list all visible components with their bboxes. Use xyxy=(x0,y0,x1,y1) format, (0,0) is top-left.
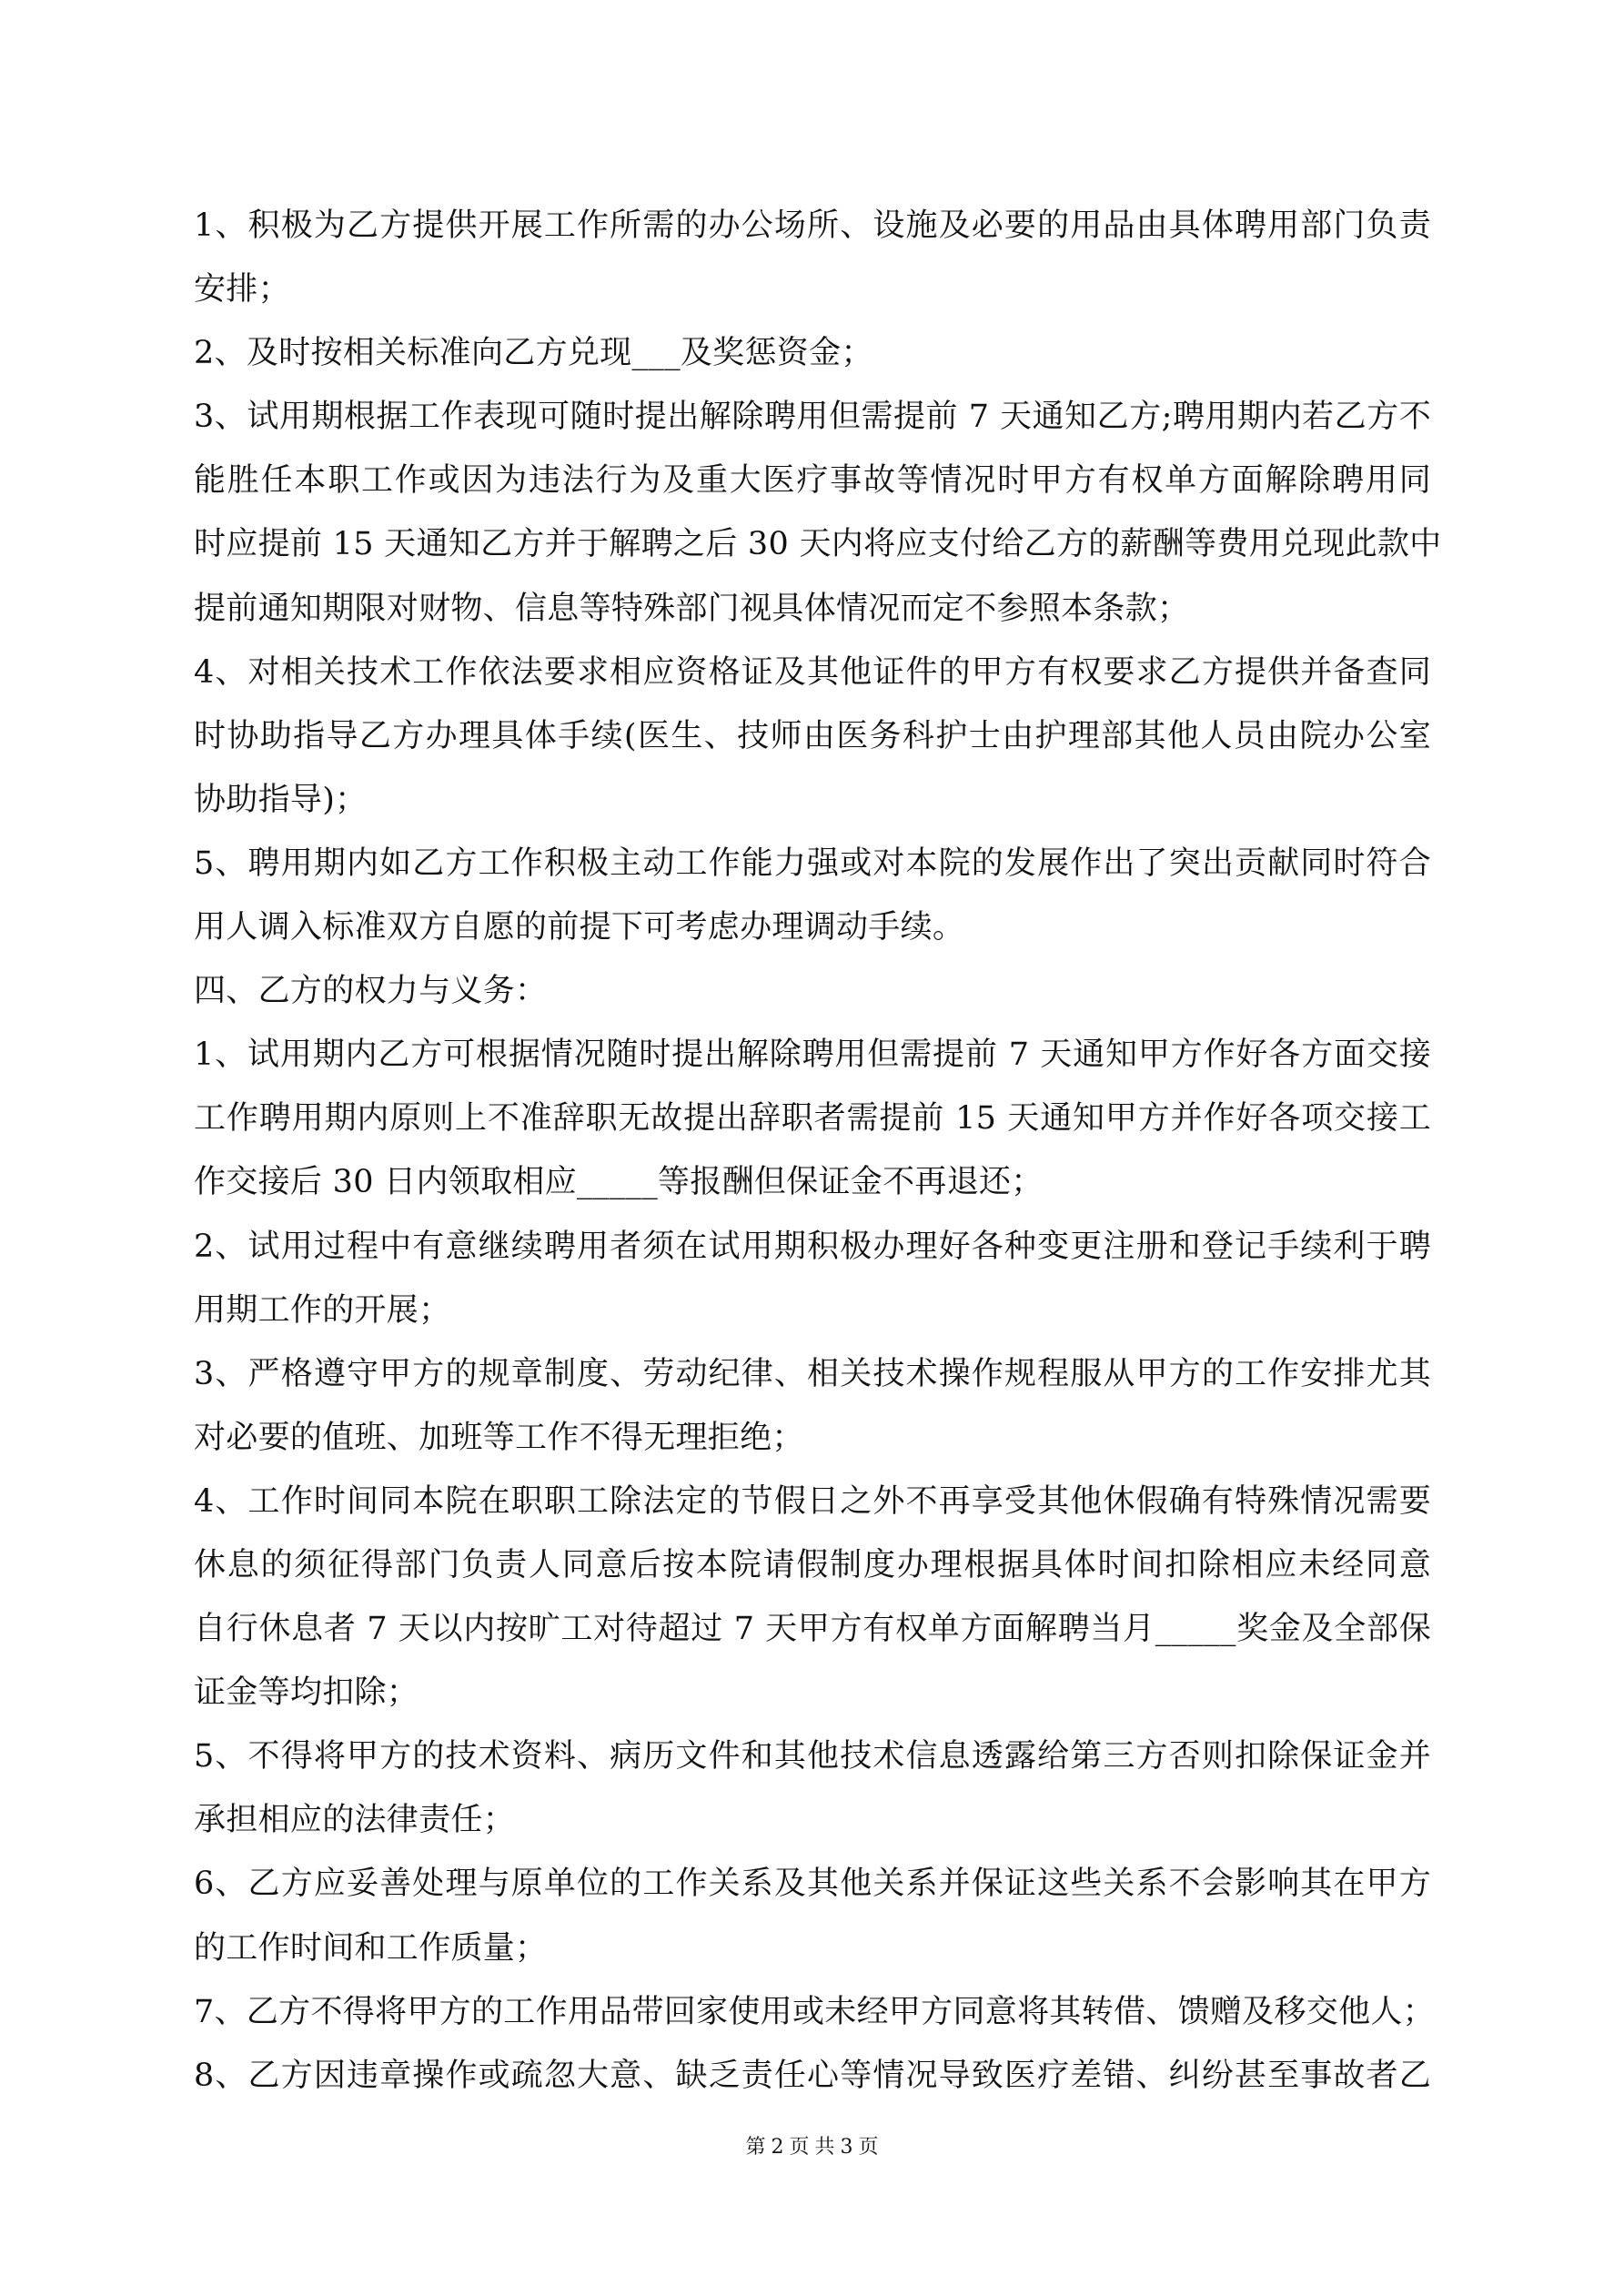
text-line: 7、乙方不得将甲方的工作用品带回家使用或未经甲方同意将其转借、馈赠及移交他人； xyxy=(194,1980,1431,2044)
current-page-number: 2 xyxy=(771,2136,783,2159)
text-line: 证金等均扣除； xyxy=(194,1661,1431,1725)
footer-page-unit: 页 xyxy=(789,2136,809,2159)
text-line: 2、及时按相关标准向乙方兑现___及奖惩资金； xyxy=(194,321,1431,385)
text-line: 作交接后 30 日内领取相应_____等报酬但保证金不再退还； xyxy=(194,1150,1431,1214)
text-line: 用人调入标准双方自愿的前提下可考虑办理调动手续。 xyxy=(194,895,1431,959)
total-page-count: 3 xyxy=(841,2136,853,2159)
document-body: 1、积极为乙方提供开展工作所需的办公场所、设施及必要的用品由具体聘用部门负责 安… xyxy=(194,194,1431,2108)
text-line: 6、乙方应妥善处理与原单位的工作关系及其他关系并保证这些关系不会影响其在甲方 xyxy=(194,1852,1431,1916)
text-line: 协助指导)； xyxy=(194,768,1431,832)
text-line: 工作聘用期内原则上不准辞职无故提出辞职者需提前 15 天通知甲方并作好各项交接工 xyxy=(194,1087,1431,1150)
text-line: 3、严格遵守甲方的规章制度、劳动纪律、相关技术操作规程服从甲方的工作安排尤其 xyxy=(194,1342,1431,1406)
text-line: 5、不得将甲方的技术资料、病历文件和其他技术信息透露给第三方否则扣除保证金并 xyxy=(194,1725,1431,1788)
text-line: 1、积极为乙方提供开展工作所需的办公场所、设施及必要的用品由具体聘用部门负责 xyxy=(194,194,1431,258)
section-heading: 四、乙方的权力与义务： xyxy=(194,959,1431,1023)
text-line: 2、试用过程中有意继续聘用者须在试用期积极办理好各种变更注册和登记手续利于聘 xyxy=(194,1215,1431,1279)
text-line: 4、工作时间同本院在职职工除法定的节假日之外不再享受其他休假确有特殊情况需要 xyxy=(194,1470,1431,1533)
text-line: 4、对相关技术工作依法要求相应资格证及其他证件的甲方有权要求乙方提供并备查同 xyxy=(194,641,1431,704)
text-line: 5、聘用期内如乙方工作积极主动工作能力强或对本院的发展作出了突出贡献同时符合 xyxy=(194,832,1431,895)
text-line: 1、试用期内乙方可根据情况随时提出解除聘用但需提前 7 天通知甲方作好各方面交接 xyxy=(194,1023,1431,1087)
text-line: 的工作时间和工作质量； xyxy=(194,1917,1431,1980)
text-line: 对必要的值班、加班等工作不得无理拒绝； xyxy=(194,1406,1431,1470)
text-line: 自行休息者 7 天以内按旷工对待超过 7 天甲方有权单方面解聘当月_____奖金… xyxy=(194,1597,1431,1661)
document-page: 1、积极为乙方提供开展工作所需的办公场所、设施及必要的用品由具体聘用部门负责 安… xyxy=(0,0,1624,2296)
text-line: 时协助指导乙方办理具体手续(医生、技师由医务科护士由护理部其他人员由院办公室 xyxy=(194,704,1431,768)
page-footer: 第2页共3页 xyxy=(0,2134,1624,2161)
text-line: 8、乙方因违章操作或疏忽大意、缺乏责任心等情况导致医疗差错、纠纷甚至事故者乙 xyxy=(194,2044,1431,2108)
text-line: 能胜任本职工作或因为违法行为及重大医疗事故等情况时甲方有权单方面解除聘用同 xyxy=(194,449,1431,512)
text-line: 承担相应的法律责任； xyxy=(194,1788,1431,1852)
text-line: 安排； xyxy=(194,258,1431,321)
text-line: 休息的须征得部门负责人同意后按本院请假制度办理根据具体时间扣除相应未经同意 xyxy=(194,1533,1431,1597)
text-line: 提前通知期限对财物、信息等特殊部门视具体情况而定不参照本条款； xyxy=(194,577,1431,641)
text-line: 3、试用期根据工作表现可随时提出解除聘用但需提前 7 天通知乙方;聘用期内若乙方… xyxy=(194,385,1431,449)
text-line: 用期工作的开展； xyxy=(194,1279,1431,1342)
footer-total-prefix: 共 xyxy=(815,2136,835,2159)
text-line: 时应提前 15 天通知乙方并于解聘之后 30 天内将应支付给乙方的薪酬等费用兑现… xyxy=(194,512,1431,576)
footer-total-unit: 页 xyxy=(859,2136,879,2159)
footer-prefix: 第 xyxy=(745,2136,765,2159)
